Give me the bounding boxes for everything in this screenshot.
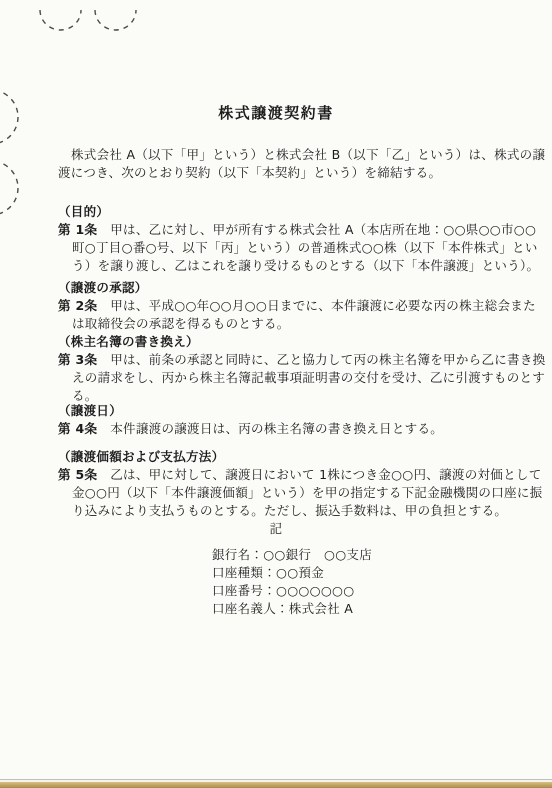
section-heading: （株主名簿の書き換え） — [58, 333, 498, 351]
article-text: 乙は、甲に対して、譲渡日において 1株につき金○○円、譲渡の対価として — [110, 467, 541, 482]
article-number: 第 3条 — [58, 352, 97, 367]
section-heading: （目的） — [58, 203, 498, 221]
account-type-line: 口座種類：○○預金 — [212, 564, 372, 582]
article-first-line: 第 4条本件譲渡の譲渡日は、丙の株主名簿の書き換え日とする。 — [58, 420, 498, 438]
bank-name-line: 銀行名：○○銀行 ○○支店 — [212, 546, 372, 564]
section-heading: （譲渡日） — [58, 402, 498, 420]
article-number: 第 2条 — [58, 298, 97, 313]
section-transfer-approval: （譲渡の承認） 第 2条甲は、平成○○年○○月○○日までに、本件譲渡に必要な丙の… — [58, 279, 498, 333]
intro-paragraph: 株式会社 A（以下「甲」という）と株式会社 B（以下「乙」という）は、株式の譲 … — [58, 146, 498, 182]
article-first-line: 第 2条甲は、平成○○年○○月○○日までに、本件譲渡に必要な丙の株主総会また — [58, 297, 498, 315]
article-text: 甲は、平成○○年○○月○○日までに、本件譲渡に必要な丙の株主総会また — [110, 298, 536, 313]
section-heading: （譲渡価額および支払方法） — [58, 448, 498, 466]
section-purpose: （目的） 第 1条甲は、乙に対し、甲が所有する株式会社 A（本店所在地：○○県○… — [58, 203, 498, 275]
note-marker: 記 — [0, 520, 552, 538]
intro-line-2: 渡につき、次のとおり契約（以下「本契約」という）を締結する。 — [58, 164, 498, 182]
footer-accent-bar — [0, 779, 552, 788]
bank-details-block: 銀行名：○○銀行 ○○支店 口座種類：○○預金 口座番号：○○○○○○○ 口座名… — [212, 546, 372, 618]
article-text: 本件譲渡の譲渡日は、丙の株主名簿の書き換え日とする。 — [110, 421, 443, 436]
article-text: 甲は、前条の承認と同時に、乙と協力して丙の株主名簿を甲から乙に書き換 — [110, 352, 545, 367]
intro-line-1: 株式会社 A（以下「甲」という）と株式会社 B（以下「乙」という）は、株式の譲 — [58, 146, 498, 164]
section-shareholder-register: （株主名簿の書き換え） 第 3条甲は、前条の承認と同時に、乙と協力して丙の株主名… — [58, 333, 498, 405]
article-cont-line: う）を譲り渡し、乙はこれを譲り受けるものとする（以下「本件譲渡」という）。 — [58, 257, 498, 275]
account-number-line: 口座番号：○○○○○○○ — [212, 582, 372, 600]
article-number: 第 4条 — [58, 421, 97, 436]
article-text: 甲は、乙に対し、甲が所有する株式会社 A（本店所在地：○○県○○市○○ — [110, 222, 536, 237]
article-first-line: 第 5条乙は、甲に対して、譲渡日において 1株につき金○○円、譲渡の対価として — [58, 466, 498, 484]
article-first-line: 第 3条甲は、前条の承認と同時に、乙と協力して丙の株主名簿を甲から乙に書き換 — [58, 351, 498, 369]
article-number: 第 5条 — [58, 467, 97, 482]
article-cont-line: えの請求をし、丙から株主名簿記載事項証明書の交付を受け、乙に引渡すものとす — [58, 369, 498, 387]
document-title: 株式譲渡契約書 — [0, 104, 552, 122]
article-cont-line: 金○○円（以下「本件譲渡価額」という）を甲の指定する下記金融機関の口座に振 — [58, 484, 498, 502]
dashed-circle-left-lower-icon — [0, 161, 18, 215]
dashed-arc-top-left-icon — [40, 10, 81, 30]
contract-document-page: 株式譲渡契約書 株式会社 A（以下「甲」という）と株式会社 B（以下「乙」という… — [0, 0, 552, 788]
article-number: 第 1条 — [58, 222, 97, 237]
dashed-arc-top-right-icon — [95, 10, 136, 30]
account-holder-line: 口座名義人：株式会社 A — [212, 600, 372, 618]
section-price-and-payment: （譲渡価額および支払方法） 第 5条乙は、甲に対して、譲渡日において 1株につき… — [58, 448, 498, 520]
section-heading: （譲渡の承認） — [58, 279, 498, 297]
article-cont-line: り込みにより支払うものとする。ただし、振込手数料は、甲の負担とする。 — [58, 502, 498, 520]
article-cont-line: は取締役会の承認を得るものとする。 — [58, 315, 498, 333]
article-cont-line: 町○丁目○番○号、以下「丙」という）の普通株式○○株（以下「本件株式」とい — [58, 239, 498, 257]
article-first-line: 第 1条甲は、乙に対し、甲が所有する株式会社 A（本店所在地：○○県○○市○○ — [58, 221, 498, 239]
section-transfer-date: （譲渡日） 第 4条本件譲渡の譲渡日は、丙の株主名簿の書き換え日とする。 — [58, 402, 498, 438]
